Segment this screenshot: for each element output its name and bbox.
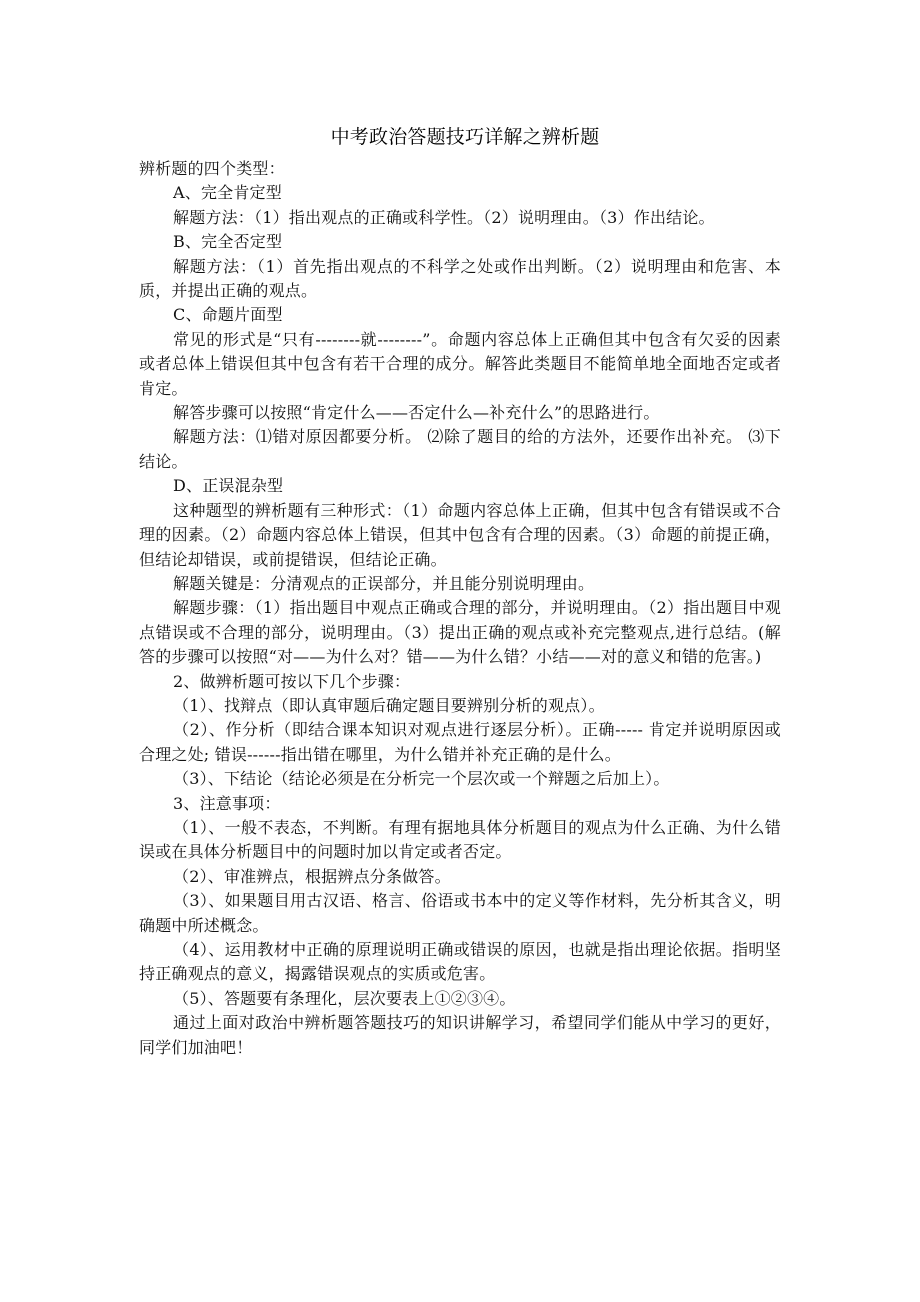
paragraph-closing: 通过上面对政治中辨析题答题技巧的知识讲解学习，希望同学们能从中学习的更好，同学们… xyxy=(139,1011,781,1060)
paragraph-type-c-method: 解题方法：⑴错对原因都要分析。 ⑵除了题目的给的方法外，还要作出补充。 ⑶下结论… xyxy=(139,425,781,474)
paragraph-type-d-key: 解题关键是：分清观点的正误部分，并且能分别说明理由。 xyxy=(139,572,781,596)
paragraph-step-1: （1）、找辩点（即认真审题后确定题目要辨别分析的观点）。 xyxy=(139,694,781,718)
paragraph-section-2-heading: 2、做辨析题可按以下几个步骤： xyxy=(139,670,781,694)
paragraph-type-c: C、命题片面型 xyxy=(139,303,781,327)
paragraph-note-4: （4）、运用教材中正确的原理说明正确或错误的原因，也就是指出理论依据。指明坚持正… xyxy=(139,938,781,987)
paragraph-note-5: （5）、答题要有条理化，层次要表上①②③④。 xyxy=(139,987,781,1011)
paragraph-type-d: D、正误混杂型 xyxy=(139,474,781,498)
paragraph-section-3-heading: 3、注意事项： xyxy=(139,792,781,816)
paragraph-type-a-method: 解题方法：（1）指出观点的正确或科学性。（2）说明理由。（3）作出结论。 xyxy=(139,206,781,230)
paragraph-note-2: （2）、审准辨点，根据辨点分条做答。 xyxy=(139,865,781,889)
paragraph-note-1: （1）、一般不表态，不判断。有理有据地具体分析题目的观点为什么正确、为什么错误或… xyxy=(139,816,781,865)
paragraph-type-c-steps: 解答步骤可以按照“肯定什么——否定什么—补充什么”的思路进行。 xyxy=(139,401,781,425)
paragraph-type-b-method: 解题方法：（1）首先指出观点的不科学之处或作出判断。（2）说明理由和危害、本质，… xyxy=(139,255,781,304)
paragraph-type-b: B、完全否定型 xyxy=(139,230,781,254)
paragraph-type-a: A、完全肯定型 xyxy=(139,181,781,205)
paragraph-types-heading: 辨析题的四个类型： xyxy=(139,157,781,181)
paragraph-step-2: （2）、作分析（即结合课本知识对观点进行逐层分析）。正确----- 肯定并说明原… xyxy=(139,718,781,767)
paragraph-type-c-form: 常见的形式是“只有--------就--------”。命题内容总体上正确但其中… xyxy=(139,328,781,401)
paragraph-note-3: （3）、如果题目用古汉语、格言、俗语或书本中的定义等作材料，先分析其含义，明确题… xyxy=(139,889,781,938)
document-title: 中考政治答题技巧详解之辨析题 xyxy=(139,122,781,152)
document-page: 中考政治答题技巧详解之辨析题 辨析题的四个类型： A、完全肯定型 解题方法：（1… xyxy=(139,122,781,1060)
paragraph-step-3: （3）、下结论（结论必须是在分析完一个层次或一个辩题之后加上）。 xyxy=(139,767,781,791)
paragraph-type-d-forms: 这种题型的辨析题有三种形式：（1）命题内容总体上正确，但其中包含有错误或不合理的… xyxy=(139,499,781,572)
paragraph-type-d-steps: 解题步骤：（1）指出题目中观点正确或合理的部分，并说明理由。（2）指出题目中观点… xyxy=(139,596,781,669)
